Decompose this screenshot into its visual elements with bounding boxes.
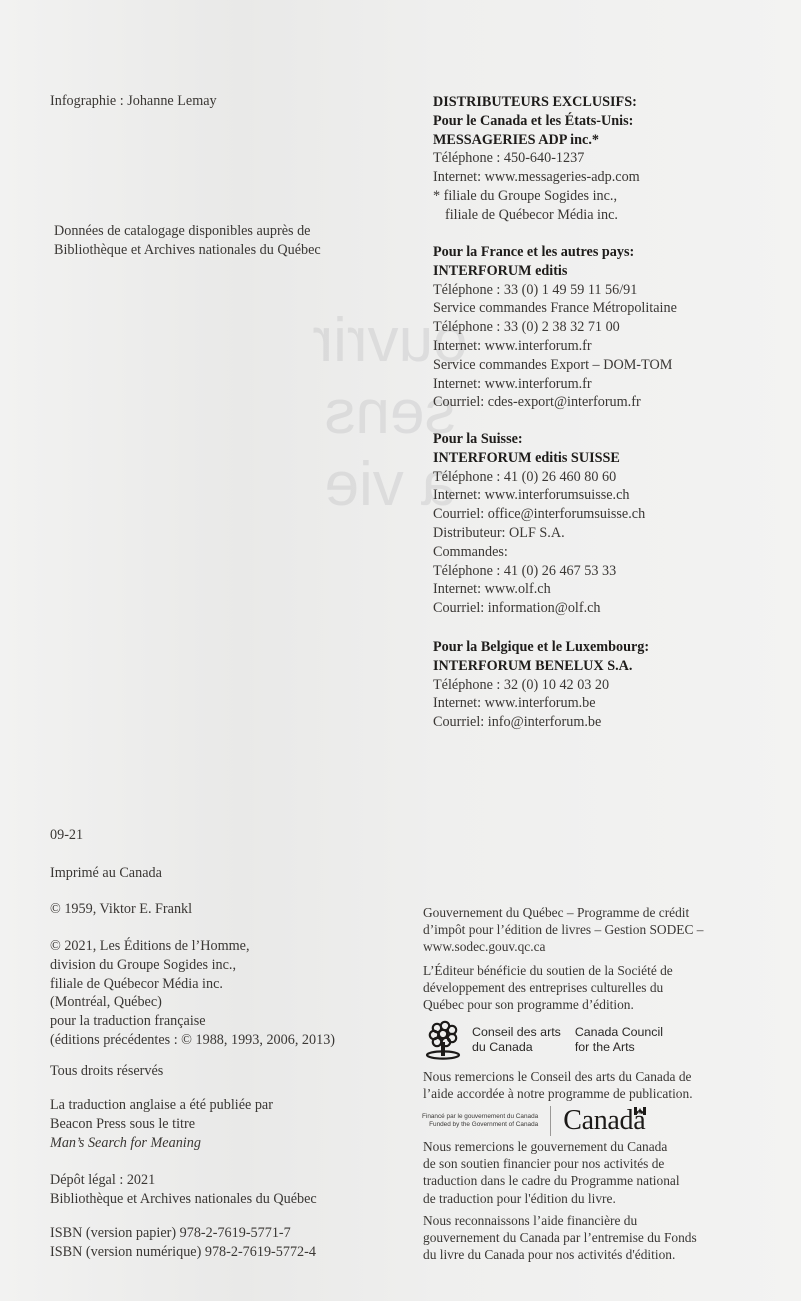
distributors-suisse: Pour la Suisse: INTERFORUM editis SUISSE…	[433, 430, 645, 618]
distributors-benelux: Pour la Belgique et le Luxembourg: INTER…	[433, 638, 649, 732]
contact-line: Internet: www.interforumsuisse.ch	[433, 486, 645, 505]
text-line: Bibliothèque et Archives nationales du Q…	[54, 241, 321, 260]
text-line: Bibliothèque et Archives nationales du Q…	[50, 1190, 317, 1209]
distributors-canada: DISTRIBUTEURS EXCLUSIFS: Pour le Canada …	[433, 93, 640, 225]
text-line: Canada Council	[575, 1025, 663, 1040]
sodec-support: L’Éditeur bénéficie du soutien de la Soc…	[423, 962, 673, 1014]
contact-line: Courriel: office@interforumsuisse.ch	[433, 505, 645, 524]
text-line: Conseil des arts	[472, 1025, 561, 1040]
text-line: de son soutien financier pour nos activi…	[423, 1155, 680, 1172]
text-line: filiale de Québecor Média inc.	[50, 975, 335, 994]
distributor-name: INTERFORUM editis SUISSE	[433, 449, 645, 468]
distributor-name: INTERFORUM editis	[433, 262, 677, 281]
text-line: du livre du Canada pour nos activités d'…	[423, 1246, 697, 1263]
text-line: L’Éditeur bénéficie du soutien de la Soc…	[423, 962, 673, 979]
text-line: Financé par le gouvernement du Canada	[422, 1113, 538, 1121]
fonds-thanks: Nous reconnaissons l’aide financière du …	[423, 1212, 697, 1264]
contact-line: Internet: www.interforum.fr	[433, 375, 677, 394]
copyright-original: © 1959, Viktor E. Frankl	[50, 900, 192, 919]
isbn-paper: ISBN (version papier) 978-2-7619-5771-7	[50, 1224, 316, 1243]
contact-line: Distributeur: OLF S.A.	[433, 524, 645, 543]
footnote-line: filiale de Québecor Média inc.	[433, 206, 640, 225]
sodec-note: Gouvernement du Québec – Programme de cr…	[423, 904, 703, 956]
contact-line: Internet: www.interforum.fr	[433, 337, 677, 356]
text-line: La traduction anglaise a été publiée par	[50, 1096, 273, 1115]
distributors-heading: DISTRIBUTEURS EXCLUSIFS:	[433, 93, 640, 112]
text-line: développement des entreprises culturelle…	[423, 979, 673, 996]
text-line: Gouvernement du Québec – Programme de cr…	[423, 904, 703, 921]
text-line: gouvernement du Canada par l’entremise d…	[423, 1229, 697, 1246]
text-line: (Montréal, Québec)	[50, 993, 335, 1012]
tree-logo-icon	[424, 1020, 462, 1060]
contact-line: Téléphone : 33 (0) 2 38 32 71 00	[433, 318, 677, 337]
canada-flag-icon	[634, 1107, 646, 1115]
text-line: Québec pour son programme d’édition.	[423, 996, 673, 1013]
council-thanks: Nous remercions le Conseil des arts du C…	[423, 1068, 693, 1102]
legal-deposit: Dépôt légal : 2021 Bibliothèque et Archi…	[50, 1171, 317, 1209]
text-line: du Canada	[472, 1040, 561, 1055]
council-name-fr: Conseil des arts du Canada	[472, 1025, 561, 1055]
contact-line: Téléphone : 32 (0) 10 42 03 20	[433, 676, 649, 695]
printed-in: Imprimé au Canada	[50, 864, 162, 883]
contact-line: Service commandes France Métropolitaine	[433, 299, 677, 318]
council-name-en: Canada Council for the Arts	[575, 1025, 663, 1055]
region-heading: Pour la Belgique et le Luxembourg:	[433, 638, 649, 657]
text-line: www.sodec.gouv.qc.ca	[423, 938, 703, 955]
contact-line: Téléphone : 450-640-1237	[433, 149, 640, 168]
text-line: © 2021, Les Éditions de l’Homme,	[50, 937, 335, 956]
contact-line: Téléphone : 33 (0) 1 49 59 11 56/91	[433, 281, 677, 300]
print-code: 09-21	[50, 826, 83, 845]
text-line: Funded by the Government of Canada	[422, 1121, 538, 1129]
text-line: Nous remercions le gouvernement du Canad…	[423, 1138, 680, 1155]
isbn-digital: ISBN (version numérique) 978-2-7619-5772…	[50, 1243, 316, 1262]
canada-council-logo: Conseil des arts du Canada Canada Counci…	[424, 1020, 663, 1060]
region-heading: Pour la Suisse:	[433, 430, 645, 449]
rights-reserved: Tous droits réservés	[50, 1062, 163, 1081]
distributor-name: INTERFORUM BENELUX S.A.	[433, 657, 649, 676]
text-line: Dépôt légal : 2021	[50, 1171, 317, 1190]
text-line: l’aide accordée à notre programme de pub…	[423, 1085, 693, 1102]
canada-wordmark: Canadä	[563, 1105, 645, 1137]
logo-divider	[550, 1106, 551, 1136]
text-line: for the Arts	[575, 1040, 663, 1055]
contact-line: Courriel: information@olf.ch	[433, 599, 645, 618]
contact-line: Téléphone : 41 (0) 26 460 80 60	[433, 468, 645, 487]
distributor-name: MESSAGERIES ADP inc.*	[433, 131, 640, 150]
region-heading: Pour le Canada et les États-Unis:	[433, 112, 640, 131]
contact-line: Courriel: info@interforum.be	[433, 713, 649, 732]
contact-line: Téléphone : 41 (0) 26 467 53 33	[433, 562, 645, 581]
footnote-line: * filiale du Groupe Sogides inc.,	[433, 187, 640, 206]
english-translation-note: La traduction anglaise a été publiée par…	[50, 1096, 273, 1152]
english-title: Man’s Search for Meaning	[50, 1134, 273, 1153]
text-line: Nous reconnaissons l’aide financière du	[423, 1212, 697, 1229]
funded-by-text: Financé par le gouvernement du Canada Fu…	[422, 1113, 538, 1129]
government-of-canada-logo: Financé par le gouvernement du Canada Fu…	[422, 1105, 645, 1137]
text-line: (éditions précédentes : © 1988, 1993, 20…	[50, 1031, 335, 1050]
contact-line: Courriel: cdes-export@interforum.fr	[433, 393, 677, 412]
distributors-france: Pour la France et les autres pays: INTER…	[433, 243, 677, 412]
wordmark-text: Canadä	[563, 1105, 645, 1136]
isbn-block: ISBN (version papier) 978-2-7619-5771-7 …	[50, 1224, 316, 1262]
text-line: pour la traduction française	[50, 1012, 335, 1031]
text-line: de traduction pour l'édition du livre.	[423, 1190, 680, 1207]
text-line: Nous remercions le Conseil des arts du C…	[423, 1068, 693, 1085]
contact-line: Internet: www.olf.ch	[433, 580, 645, 599]
text-line: Données de catalogage disponibles auprès…	[54, 222, 321, 241]
text-line: traduction dans le cadre du Programme na…	[423, 1172, 680, 1189]
contact-line: Internet: www.interforum.be	[433, 694, 649, 713]
text-line: d’impôt pour l’édition de livres – Gesti…	[423, 921, 703, 938]
contact-line: Internet: www.messageries-adp.com	[433, 168, 640, 187]
copyright-translation: © 2021, Les Éditions de l’Homme, divisio…	[50, 937, 335, 1050]
region-heading: Pour la France et les autres pays:	[433, 243, 677, 262]
canada-thanks: Nous remercions le gouvernement du Canad…	[423, 1138, 680, 1207]
contact-line: Service commandes Export – DOM-TOM	[433, 356, 677, 375]
contact-line: Commandes:	[433, 543, 645, 562]
text-line: Beacon Press sous le titre	[50, 1115, 273, 1134]
catalogage-note: Données de catalogage disponibles auprès…	[54, 222, 321, 260]
infographie-credit: Infographie : Johanne Lemay	[50, 92, 217, 111]
text-line: division du Groupe Sogides inc.,	[50, 956, 335, 975]
